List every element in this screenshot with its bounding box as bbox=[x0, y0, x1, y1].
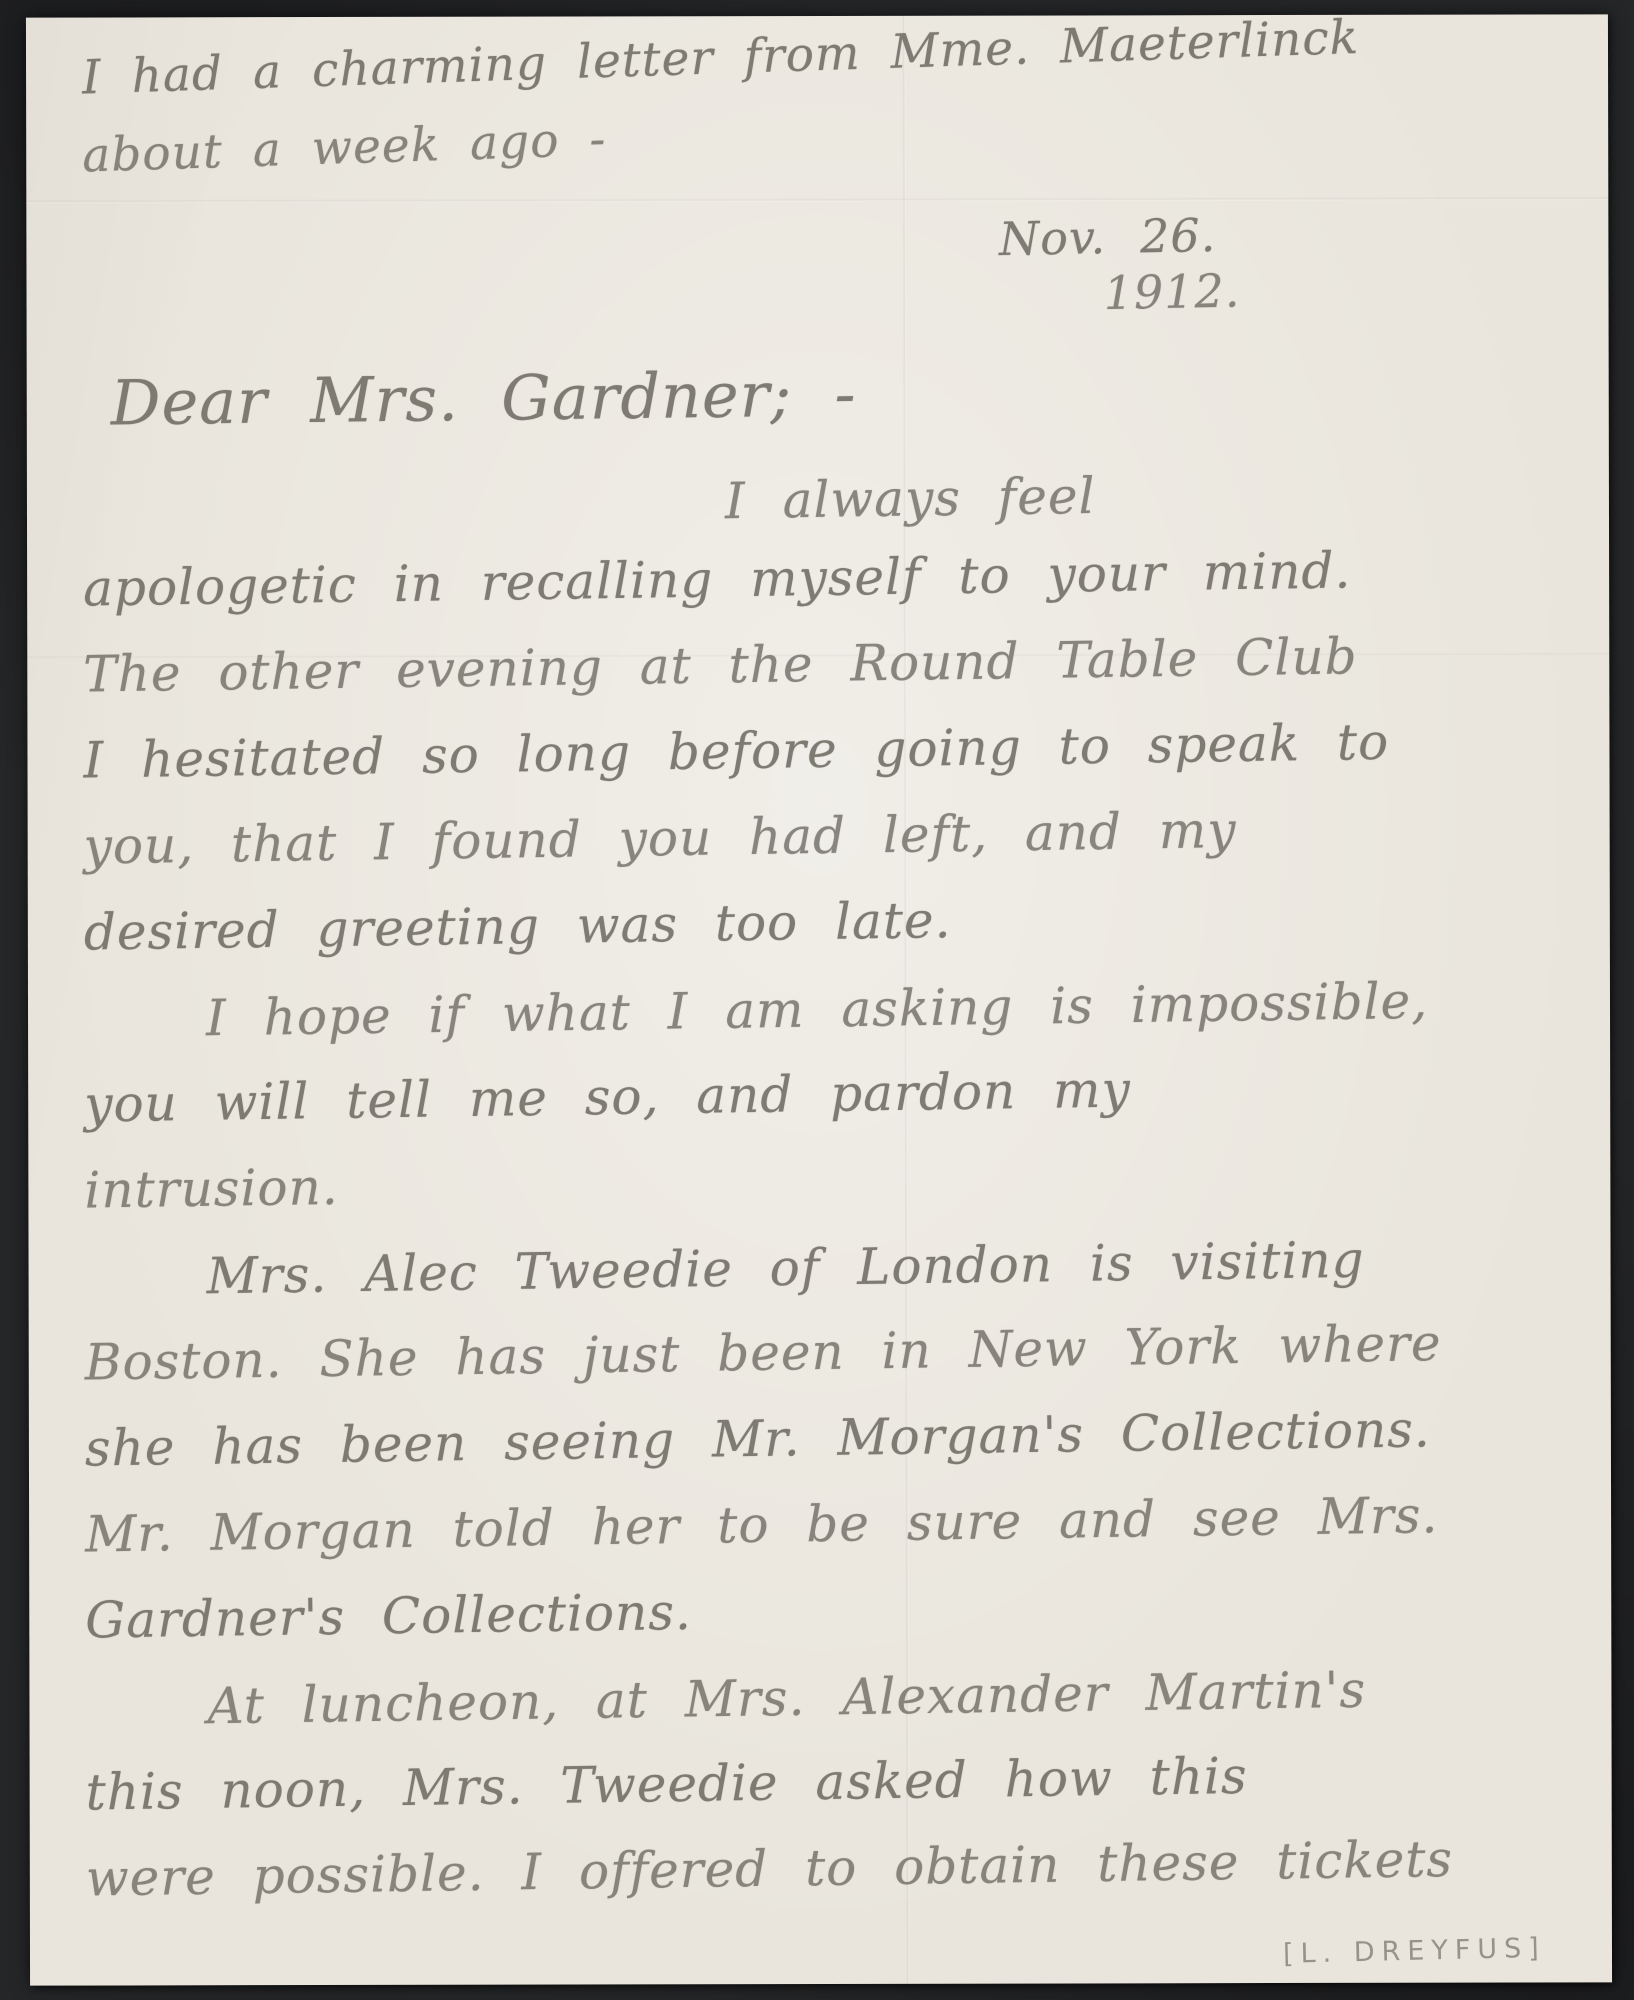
archivist-annotation: [L. DREYFUS] bbox=[1283, 1933, 1546, 1970]
photo-background: { "page": { "background_color": "#252628… bbox=[0, 0, 1634, 2000]
letter-line: Dear Mrs. Gardner; - bbox=[110, 329, 1609, 460]
letter-body: I had a charming letter from Mme. Maeter… bbox=[56, 36, 1612, 1921]
letter-paper: I had a charming letter from Mme. Maeter… bbox=[26, 14, 1612, 1985]
